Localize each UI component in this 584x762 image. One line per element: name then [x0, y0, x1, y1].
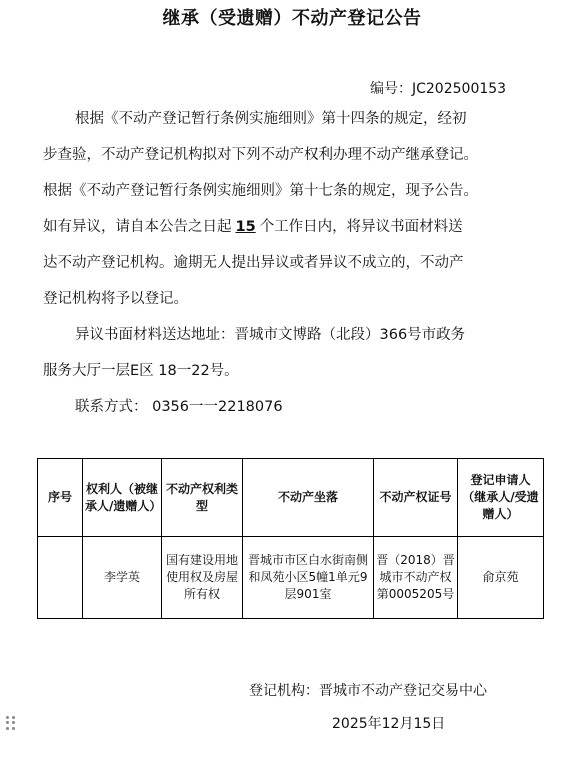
- address-line: 服务大厅一层E区 18一22号。: [43, 353, 543, 389]
- header-location: 不动产坐落: [243, 459, 374, 537]
- objection-suffix: 个工作日内，将异议书面材料送: [260, 219, 463, 235]
- notice-body: 根据《不动产登记暂行条例实施细则》第十四条的规定，经初 步查验，不动产登记机构拟…: [43, 101, 543, 425]
- contact-line: 联系方式： 0356一一2218076: [43, 389, 543, 425]
- cell-location: 晋城市市区白水街南侧和凤苑小区5幢1单元9层901室: [243, 537, 374, 619]
- body-line: 登记机构将予以登记。: [43, 281, 543, 317]
- property-table: 序号 权利人（被继承人/遗赠人） 不动产权利类型 不动产坐落 不动产权证号 登记…: [37, 458, 544, 619]
- body-line: 步查验，不动产登记机构拟对下列不动产权利办理不动产继承登记。: [43, 137, 543, 173]
- address-line: 异议书面材料送达地址：晋城市文博路（北段）366号市政务: [43, 317, 543, 353]
- cell-applicant: 俞京苑: [458, 537, 544, 619]
- header-index: 序号: [38, 459, 83, 537]
- body-line: 达不动产登记机构。逾期无人提出异议或者异议不成立的，不动产: [43, 245, 543, 281]
- table-row: 李学英 国有建设用地使用权及房屋所有权 晋城市市区白水街南侧和凤苑小区5幢1单元…: [38, 537, 544, 619]
- cell-right-type: 国有建设用地使用权及房屋所有权: [162, 537, 243, 619]
- table-header-row: 序号 权利人（被继承人/遗赠人） 不动产权利类型 不动产坐落 不动产权证号 登记…: [38, 459, 544, 537]
- header-certificate: 不动产权证号: [374, 459, 458, 537]
- document-number: 编号：JC202500153: [370, 78, 506, 98]
- cell-certificate: 晋（2018）晋城市不动产权第0005205号: [374, 537, 458, 619]
- objection-line: 如有异议，请自本公告之日起15个工作日内，将异议书面材料送: [43, 209, 543, 245]
- cell-index: [38, 537, 83, 619]
- cell-right-holder: 李学英: [83, 537, 162, 619]
- registration-authority: 登记机构：晋城市不动产登记交易中心: [249, 680, 487, 700]
- drag-handle-icon[interactable]: [6, 716, 16, 730]
- page-title: 继承（受遗赠）不动产登记公告: [0, 4, 584, 30]
- body-line: 根据《不动产登记暂行条例实施细则》第十四条的规定，经初: [43, 101, 543, 137]
- header-right-type: 不动产权利类型: [162, 459, 243, 537]
- header-right-holder: 权利人（被继承人/遗赠人）: [83, 459, 162, 537]
- body-line: 根据《不动产登记暂行条例实施细则》第十七条的规定，现予公告。: [43, 173, 543, 209]
- objection-days: 15: [232, 219, 260, 235]
- objection-prefix: 如有异议，请自本公告之日起: [43, 219, 232, 235]
- header-applicant: 登记申请人（继承人/受遗赠人）: [458, 459, 544, 537]
- notice-date: 2025年12月15日: [332, 713, 445, 733]
